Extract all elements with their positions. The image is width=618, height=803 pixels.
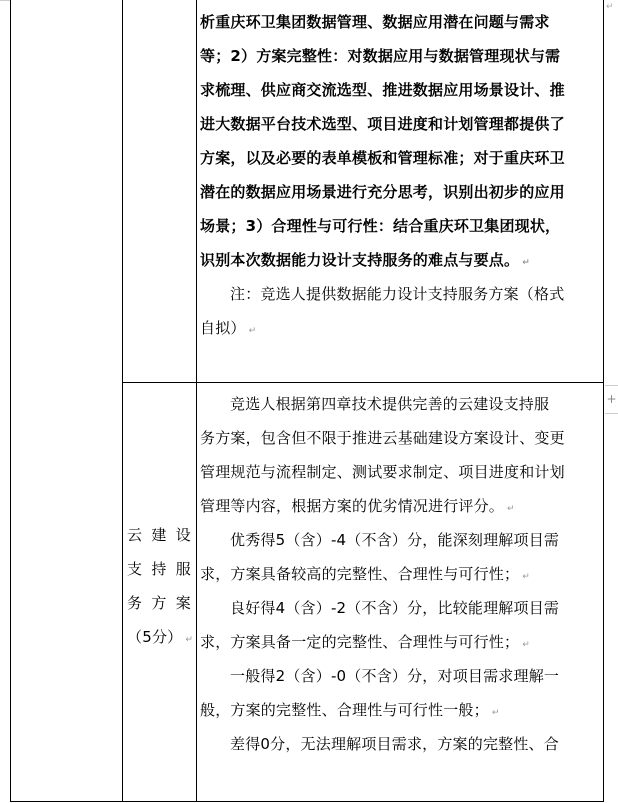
label-line: 务方案 <box>124 586 194 620</box>
paragraph-mark-icon: ↵ <box>522 258 530 268</box>
grade-average-line: 般，方案的完整性、合理性与可行性一般；↵ <box>200 693 602 727</box>
text-line: 进大数据平台技术选型、项目进度和计划管理都提供了 <box>200 107 602 141</box>
table-border-right <box>603 0 604 802</box>
paragraph-mark-icon: ↵ <box>522 640 530 650</box>
grade-good-line: 求，方案具备一定的完整性、合理性与可行性；↵ <box>200 625 602 659</box>
text-line: 竞选人根据第四章技术提供完善的云建设支持服 <box>200 387 602 421</box>
text-line: 方案，以及必要的表单模板和管理标准；对于重庆环卫 <box>200 141 602 175</box>
paragraph-mark-icon: ↵ <box>249 326 257 336</box>
text-line: 求梳理、供应商交流选型、推进数据应用场景设计、推 <box>200 73 602 107</box>
row2-content-cell: 竞选人根据第四章技术提供完善的云建设支持服 务方案，包含但不限于推进云基础建设方… <box>200 387 602 761</box>
label-line: 支持服 <box>124 552 194 586</box>
note-line: 自拟）↵ <box>200 311 602 345</box>
grade-excellent-line: 优秀得5（含）-4（不含）分，能深刻理解项目需 <box>200 523 602 557</box>
add-row-button[interactable]: + <box>605 385 618 414</box>
paragraph-mark-icon: ↵ <box>606 2 614 12</box>
text-line: 识别本次数据能力设计支持服务的难点与要点。↵ <box>200 243 602 277</box>
table-border-col3 <box>196 0 197 802</box>
text-line: 析重庆环卫集团数据管理、数据应用潜在问题与需求 <box>200 5 602 39</box>
grade-good-line: 良好得4（含）-2（不含）分，比较能理解项目需 <box>200 591 602 625</box>
text-line: 管理规范与流程制定、测试要求制定、项目进度和计划 <box>200 455 602 489</box>
label-line: （5分）↵ <box>124 620 194 654</box>
grade-poor-line: 差得0分，无法理解项目需求，方案的完整性、合 <box>200 727 602 761</box>
table-row-separator <box>122 382 604 383</box>
row2-label-cell: 云建设 支持服 务方案 （5分）↵ <box>124 518 194 654</box>
grade-excellent-line: 求，方案具备较高的完整性、合理性与可行性；↵ <box>200 557 602 591</box>
text-line: 潜在的数据应用场景进行充分思考，识别出初步的应用 <box>200 175 602 209</box>
paragraph-mark-icon: ↵ <box>507 504 515 514</box>
document-page: ↵ + 析重庆环卫集团数据管理、数据应用潜在问题与需求 等；2）方案完整性：对数… <box>0 0 618 803</box>
paragraph-mark-icon: ↵ <box>185 635 193 645</box>
text-line: 务方案，包含但不限于推进云基础建设方案设计、变更 <box>200 421 602 455</box>
paragraph-mark-icon: ↵ <box>492 708 500 718</box>
grade-average-line: 一般得2（含）-0（不含）分，对项目需求理解一 <box>200 659 602 693</box>
page-edge-mark <box>0 0 10 1</box>
text-line: 管理等内容，根据方案的优劣情况进行评分。↵ <box>200 489 602 523</box>
text-line: 等；2）方案完整性：对数据应用与数据管理现状与需 <box>200 39 602 73</box>
table-border-left <box>10 0 11 802</box>
paragraph-mark-icon: ↵ <box>522 572 530 582</box>
text-line: 场景；3）合理性与可行性：结合重庆环卫集团现状， <box>200 209 602 243</box>
table-border-bottom <box>10 801 604 802</box>
table-border-col2 <box>122 0 123 802</box>
note-line: 注：竞选人提供数据能力设计支持服务方案（格式 <box>200 277 602 311</box>
label-line: 云建设 <box>124 518 194 552</box>
row1-content-cell: 析重庆环卫集团数据管理、数据应用潜在问题与需求 等；2）方案完整性：对数据应用与… <box>200 5 602 345</box>
